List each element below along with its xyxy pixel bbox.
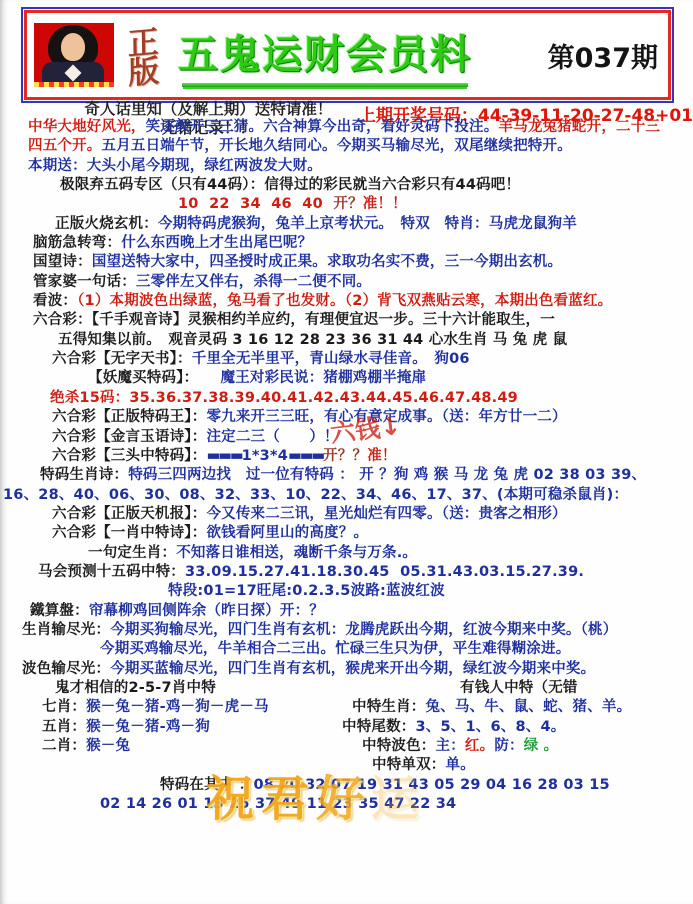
text-segment: 红。 [465, 738, 494, 754]
mahui-15: 马会预测十五码中特：33.09.15.27.41.18.30.45 05.31.… [0, 563, 693, 582]
text-segment: 五肖： [42, 719, 86, 735]
text-segment: 中特生肖： [352, 699, 426, 715]
text-segment: 特段:01=17旺尾:0.2.3.5波路:蓝波红波 [168, 583, 445, 599]
text-segment: 六合彩【正版特码王】： [52, 409, 206, 425]
text-segment: 主： [436, 738, 465, 754]
editor-photo [34, 23, 114, 87]
text-segment: 3、5、1、6、8、4。 [416, 719, 566, 735]
two-col-header-left: 鬼才相信的2-5-7肖中特 [0, 679, 355, 698]
text-segment: 注定二三（ ）！ [206, 429, 338, 445]
text-segment: 六合神算今出奇，看好灵码下投注。 [263, 119, 498, 135]
yiju-shengxiao: 一句定生肖：不知落日谁相送，魂断千条与万条.。 [0, 544, 693, 563]
text-segment: 四五个开。 [28, 138, 102, 154]
text-segment: 欲钱看阿里山的高度？。 [206, 525, 368, 541]
tema-shengxiao-1: 特码生肖诗：特码三四两边找 过一位有特码 ： 开 ？狗 鸡 猴 马 龙 兔 虎 … [0, 466, 693, 485]
photo-face [61, 33, 85, 61]
text-segment: 08 20 32 07 19 31 43 05 29 04 16 28 03 1… [253, 777, 609, 793]
text-segment: 马会预测十五码中特： [38, 564, 185, 580]
text-segment: 特码在其中 ： [160, 777, 253, 793]
text-segment: 兔、马、牛、鼠、蛇、猪、羊。 [426, 699, 632, 715]
content-lines: 中华大地好风光，笑逐颜开三三猜。六合神算今出奇，看好灵码下投注。羊马龙兔猪蛇开，… [0, 118, 693, 814]
text-segment: 中华大地好风光， [28, 119, 146, 135]
text-segment: 五得知集以前。 观音灵码 3 16 12 28 23 36 31 44 心水生肖… [58, 332, 567, 348]
text-segment: 六合彩【金言玉语诗】： [52, 429, 206, 445]
tema-shengxiao-2: 16、28、40、06、30、08、32、33、10、22、34、46、17、3… [0, 486, 693, 505]
text-segment: 三零伴左又伴右，杀得一二便不同。 [136, 274, 371, 290]
text-segment: 02 14 26 01 13 25 37 49 11 23 35 47 22 3… [100, 796, 456, 812]
text-segment: 1*3*4 [242, 448, 288, 464]
bose-shujinguang: 波色输尽光：今期买蓝输尽光，四门生肖有玄机，猴虎来开出今期，绿红波今期来中奖。 [0, 660, 693, 679]
xiao-row-2-right: 中特波色：主：红。防：绿 。 [342, 737, 693, 756]
yaomo-tema: 【妖魔买特码】： 魔王对彩民说：猪棚鸡棚半掩扉 [0, 369, 693, 388]
masthead: 正版 五鬼运财会员料 第037期 [24, 10, 671, 100]
text-segment: 脑筋急转弯： [33, 235, 121, 251]
photo-caption-strip [34, 82, 114, 87]
kanbo: 看波：（1）本期波色出绿蓝，兔马看了也发财。（2）背飞双燕贴云寒，本期出色看蓝红… [0, 292, 693, 311]
yixiao-zhongte: 六合彩【一肖中特诗】：欲钱看阿里山的高度？。 [0, 524, 693, 543]
tianji-bao: 六合彩【正版天机报】：今又传来二三讯，星光灿烂有四零。（送：贵客之相形） [0, 505, 693, 524]
qianshou-guanyin-1: 六合彩：【千手观音诗】灵猴相约羊应约，有理便宜迟一步。三十六计能取生，一 [0, 311, 693, 330]
text-segment: 今期买蓝输尽光，四门生肖有玄机，猴虎来开出今期，绿红波今期来中奖。 [110, 661, 595, 677]
teduan: 特段:01=17旺尾:0.2.3.5波路:蓝波红波 [0, 582, 693, 601]
two-col-header: 鬼才相信的2-5-7肖中特有钱人中特（无错 [0, 679, 693, 698]
authenticity-stamp: 正版 [128, 27, 171, 89]
juesha-15: 绝杀15码：35.36.37.38.39.40.41.42.43.44.45.4… [0, 389, 693, 408]
xiao-row-7-right: 中特生肖：兔、马、牛、鼠、蛇、猪、羊。 [342, 698, 693, 717]
text-segment: 正版火烧玄机： [55, 216, 158, 232]
text-segment: 开？？ [323, 448, 367, 464]
shengxiao-shujinguang-1: 生肖输尽光：今期买狗输尽光，四门生肖有玄机：龙腾虎跃出今期，红波今期来中奖。（桃… [0, 621, 693, 640]
title-underline [182, 83, 468, 87]
xiao-row-2-left: 二肖：猴－兔 [0, 737, 342, 756]
text-segment: 【妖魔买特码】： [88, 370, 191, 386]
text-segment: 33.09.15.27.41.18.30.45 05.31.43.03.15.2… [185, 564, 584, 580]
xiao-row-5-left: 五肖：猴－兔－猪-鸡－狗 [0, 718, 342, 737]
xiao-row-2: 二肖：猴－兔中特波色：主：红。防：绿 。 [0, 737, 693, 756]
zhongte-danshuang-row-left [0, 756, 342, 775]
text-segment: 极限弃五码专区（只有44码）：信得过的彩民就当六合彩只有44码吧！ [60, 177, 520, 193]
qianshou-guanyin-2: 五得知集以前。 观音灵码 3 16 12 28 23 36 31 44 心水生肖… [0, 331, 693, 350]
text-segment: 中特波色： [362, 738, 436, 754]
guanjiapo: 管家婆一句话：三零伴左又伴右，杀得一二便不同。 [0, 273, 693, 292]
tema-wang: 六合彩【正版特码王】：零九来开三三旺，有心有意定成事。（送：年方廿一二） [0, 408, 693, 427]
text-segment: 六合彩【无字天书】： [52, 351, 192, 367]
xiao-row-7-left: 七肖：猴－兔－猪-鸡－狗－虎－马 [0, 698, 342, 717]
xiao-row-7: 七肖：猴－兔－猪-鸡－狗－虎－马中特生肖：兔、马、牛、鼠、蛇、猪、羊。 [0, 698, 693, 717]
text-segment: 国望诗： [33, 254, 92, 270]
text-segment: 鬼才相信的2-5-7肖中特 [55, 680, 216, 696]
text-segment: ▬▬▬ [206, 448, 241, 464]
text-segment: 本期送：大头小尾今期现，绿红两波发大财。 [28, 158, 322, 174]
text-segment: （送：年方廿一二） [442, 409, 567, 425]
text-segment: （1）本期波色出绿蓝，兔马看了也发财。（2）背飞双燕贴云寒，本期出色看蓝红。 [77, 293, 612, 309]
text-segment: 中特单双： [372, 757, 446, 773]
benqi-song: 本期送：大头小尾今期现，绿红两波发大财。 [0, 157, 693, 176]
tema-qizhong-1: 特码在其中 ：08 20 32 07 19 31 43 05 29 04 16 … [0, 776, 693, 795]
text-segment: 中特尾数： [342, 719, 416, 735]
text-segment: 今期买狗输尽光，四门生肖有玄机：龙腾虎跃出今期，红波今期来中奖。 [110, 622, 580, 638]
text-segment: 准！ [367, 448, 396, 464]
title-wrap: 五鬼运财会员料 [178, 23, 472, 87]
tip-sheet-page: 正版 五鬼运财会员料 第037期 奇人话里知（及解上期）送特请准！ 无错记录！！… [0, 0, 693, 904]
huoshao-xuanji: 正版火烧玄机：今期特码虎猴狗，兔羊上京考状元。 特双 特肖：马虎龙鼠狗羊 [0, 215, 693, 234]
jixian-44-zone: 极限弃五码专区（只有44码）：信得过的彩民就当六合彩只有44码吧！ [0, 176, 693, 195]
text-segment: 今又传来二三讯，星光灿烂有四零。 [206, 506, 441, 522]
text-segment: 不知落日谁相送，魂断千条与万条.。 [176, 545, 417, 561]
opening-poem-2: 四五个开。五月五日端午节，开长地久结同心。今期买马输尽光，双尾继续把特开。 [0, 137, 693, 156]
text-segment: 看波： [33, 293, 77, 309]
text-segment: 五月五日端午节，开长地久结同心。 [102, 138, 337, 154]
jixian-numbers: 10 22 34 46 40 开？准！！ [0, 195, 693, 214]
text-segment: 笑逐颜开三三猜。 [146, 119, 264, 135]
xiao-row-5-right: 中特尾数：3、5、1、6、8、4。 [342, 718, 693, 737]
text-segment: 绿 。 [524, 738, 559, 754]
text-segment: 生肖输尽光： [22, 622, 110, 638]
page-title: 五鬼运财会员料 [178, 23, 472, 80]
text-segment: 今期买鸡输尽光，牛羊相合二三出。忙碌三生只为伊，平生难得糊涂进。 [100, 641, 570, 657]
wuzi-tianshu: 六合彩【无字天书】：千里全无半里平，青山绿水寻佳音。 狗06 [0, 350, 693, 369]
text-segment: 特双 特肖：马虎龙鼠狗羊 [386, 216, 577, 232]
zhongte-danshuang-row-right: 中特单双：单。 [342, 756, 693, 775]
santou-tema: 六合彩【三头中特码】：▬▬▬1*3*4▬▬▬开？？准！ [0, 447, 693, 466]
tema-qizhong-2: 02 14 26 01 13 25 37 49 11 23 35 47 22 3… [0, 795, 693, 814]
tiesuanpan: 鐵算盤：帘幕柳鸡回侧阵余（昨日探）开：？ [0, 602, 693, 621]
text-segment: 千里全无半里平，青山绿水寻佳音。 狗06 [192, 351, 470, 367]
text-segment: 六合彩：【千手观音诗】灵猴相约羊应约，有理便宜迟一步。三十六计能取生，一 [33, 312, 555, 328]
two-col-header-right: 有钱人中特（无错 [355, 679, 693, 698]
text-segment: 六合彩【正版天机报】： [52, 506, 206, 522]
text-segment: 绝杀15码：35.36.37.38.39.40.41.42.43.44.45.4… [50, 390, 518, 406]
text-segment: 有钱人中特（无错 [460, 680, 578, 696]
text-segment: 鐵算盤： [30, 603, 89, 619]
text-segment: 10 22 34 46 40 [178, 196, 333, 212]
text-segment: 单。 [446, 757, 475, 773]
text-segment: 猴－兔－猪-鸡－狗 [86, 719, 210, 735]
text-segment: 羊马龙兔猪蛇开，二十三 [498, 119, 660, 135]
text-segment: 猴－兔 [86, 738, 130, 754]
text-segment: （桃） [581, 622, 618, 638]
text-segment: 六合彩【三头中特码】： [52, 448, 206, 464]
text-segment: 零九来开三三旺，有心有意定成事。 [206, 409, 441, 425]
text-segment: 一句定生肖： [88, 545, 176, 561]
text-segment: 猴－兔－猪-鸡－狗－虎－马 [86, 699, 269, 715]
text-segment: 七肖： [42, 699, 86, 715]
text-segment: 准！！ [363, 196, 407, 212]
tagline-line-1: 奇人话里知（及解上期）送特请准！ [60, 100, 357, 119]
text-segment: 波色输尽光： [22, 661, 110, 677]
text-segment: 特码三四两边找 过一位有特码 ： 开 ？狗 鸡 猴 马 龙 兔 虎 02 38 … [128, 467, 646, 483]
text-segment: 管家婆一句话： [33, 274, 136, 290]
text-segment: 防： [494, 738, 523, 754]
opening-poem-1: 中华大地好风光，笑逐颜开三三猜。六合神算今出奇，看好灵码下投注。羊马龙兔猪蛇开，… [0, 118, 693, 137]
text-segment: 魔王对彩民说：猪棚鸡棚半掩扉 [191, 370, 426, 386]
text-segment: ▬▬▬ [288, 448, 323, 464]
text-segment: 二肖： [42, 738, 86, 754]
text-segment: 今期买马输尽光，双尾继续把特开。 [337, 138, 572, 154]
text-segment: 帘幕柳鸡回侧阵余（昨日探）开：？ [89, 603, 324, 619]
text-segment: 什么东西晚上才生出尾巴呢？ [121, 235, 312, 251]
text-segment: 今期特码虎猴狗，兔羊上京考状元。 [158, 216, 386, 232]
text-segment: （送：贵客之相形） [442, 506, 567, 522]
guowang-poem: 国望诗：国望送特大家中，四圣授时成正果。求取功名实不费，三一今期出玄机。 [0, 253, 693, 272]
text-segment: 特码生肖诗： [40, 467, 128, 483]
zhongte-danshuang-row: 中特单双：单。 [0, 756, 693, 775]
issue-number: 第037期 [472, 36, 668, 75]
text-segment: 开？ [333, 196, 362, 212]
naojin-zhuanwan: 脑筋急转弯：什么东西晚上才生出尾巴呢？ [0, 234, 693, 253]
text-segment: 六合彩【一肖中特诗】： [52, 525, 206, 541]
xiao-row-5: 五肖：猴－兔－猪-鸡－狗中特尾数：3、5、1、6、8、4。 [0, 718, 693, 737]
text-segment: 16、28、40、06、30、08、32、33、10、22、34、46、17、3… [3, 487, 628, 503]
jinyan-yuyu: 六合彩【金言玉语诗】：注定二三（ ）！ [0, 428, 693, 447]
text-segment: 国望送特大家中，四圣授时成正果。求取功名实不费，三一今期出玄机。 [92, 254, 562, 270]
shengxiao-shujinguang-2: 今期买鸡输尽光，牛羊相合二三出。忙碌三生只为伊，平生难得糊涂进。 [0, 640, 693, 659]
